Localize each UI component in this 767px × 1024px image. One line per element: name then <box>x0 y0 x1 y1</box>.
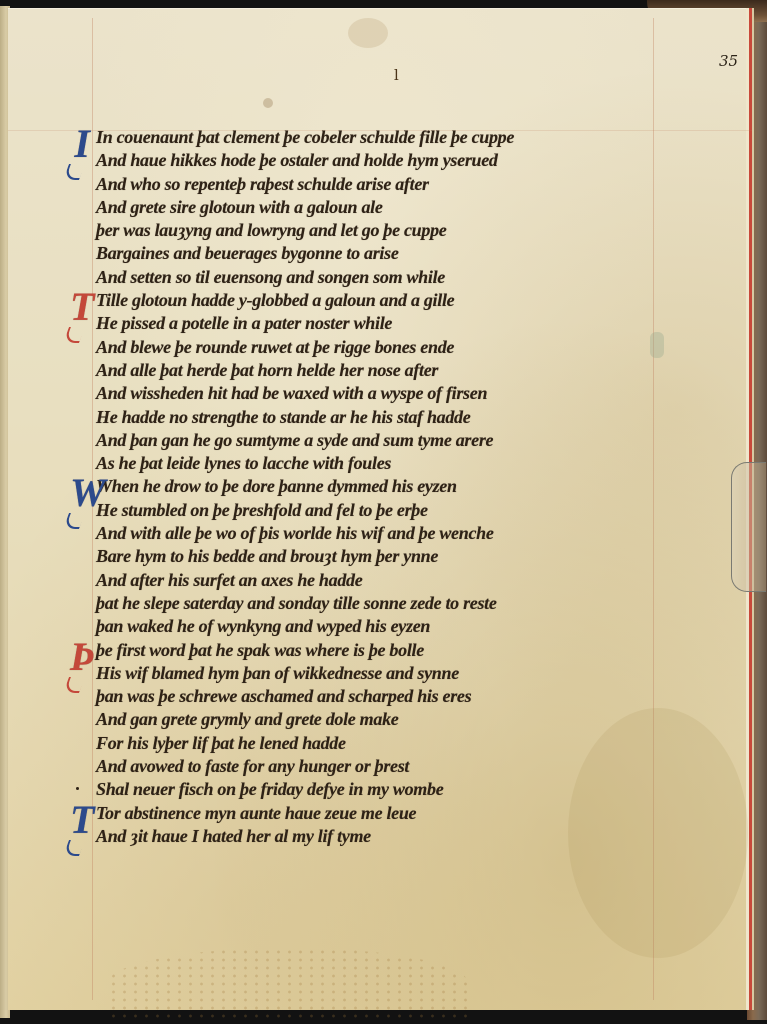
line-text: As he þat leide lynes to lacche with fou… <box>96 453 391 473</box>
line-text: Bare hym to his bedde and brouȝt hym þer… <box>96 546 438 566</box>
manuscript-viewer: l 35 I In couenaunt þat clement þe cobel… <box>0 0 767 1024</box>
text-line: And alle þat herde þat horn helde her no… <box>96 359 686 382</box>
parchment-follicles <box>108 948 468 1018</box>
text-line: þer was lauȝyng and lowryng and let go þ… <box>96 219 686 242</box>
red-initial-icon: T <box>70 287 94 339</box>
text-line: And grete sire glotoun with a galoun ale <box>96 196 686 219</box>
line-text: And avowed to faste for any hunger or þr… <box>96 756 409 776</box>
blue-initial-icon: T <box>70 800 94 852</box>
blue-initial-icon: W <box>70 473 94 525</box>
line-text: And grete sire glotoun with a galoun ale <box>96 197 383 217</box>
text-block: I In couenaunt þat clement þe cobeler sc… <box>96 126 686 848</box>
line-text: And haue hikkes hode þe ostaler and hold… <box>96 150 498 170</box>
text-line: I In couenaunt þat clement þe cobeler sc… <box>96 126 686 149</box>
text-line: Þ þe first word þat he spak was where is… <box>96 639 686 662</box>
line-text: Shal neuer fisch on þe friday defye in m… <box>96 779 443 799</box>
folio-number: 35 <box>719 52 738 70</box>
text-line: And þan gan he go sumtyme a syde and sum… <box>96 429 686 452</box>
stain <box>348 18 388 48</box>
text-line: And after his surfet an axes he hadde <box>96 569 686 592</box>
stain <box>263 98 273 108</box>
line-text: And gan grete grymly and grete dole make <box>96 709 398 729</box>
text-line: He hadde no strengthe to stande ar he hi… <box>96 406 686 429</box>
text-line: And gan grete grymly and grete dole make <box>96 708 686 731</box>
text-line: And setten so til euensong and songen so… <box>96 266 686 289</box>
line-text: Bargaines and beuerages bygonne to arise <box>96 243 399 263</box>
blue-initial-icon: I <box>70 124 94 176</box>
red-initial-icon: Þ <box>70 637 94 689</box>
text-line: Shal neuer fisch on þe friday defye in m… <box>96 778 686 801</box>
line-text: He pissed a potelle in a pater noster wh… <box>96 313 392 333</box>
text-line: For his lyþer lif þat he lened hadde <box>96 732 686 755</box>
text-line: He pissed a potelle in a pater noster wh… <box>96 312 686 335</box>
text-line: His wif blamed hym þan of wikkednesse an… <box>96 662 686 685</box>
text-line: And avowed to faste for any hunger or þr… <box>96 755 686 778</box>
line-text: And blewe þe rounde ruwet at þe rigge bo… <box>96 337 454 357</box>
text-line: And with alle þe wo of þis worlde his wi… <box>96 522 686 545</box>
text-line: He stumbled on þe þreshfold and fel to þ… <box>96 499 686 522</box>
text-line: þan was þe schrewe aschamed and scharped… <box>96 685 686 708</box>
text-line: As he þat leide lynes to lacche with fou… <box>96 452 686 475</box>
line-text: þan was þe schrewe aschamed and scharped… <box>96 686 471 706</box>
line-text: þat he slepe saterday and sonday tille s… <box>96 593 497 613</box>
page-tab-marker <box>731 462 766 592</box>
text-line: Bare hym to his bedde and brouȝt hym þer… <box>96 545 686 568</box>
line-text: And after his surfet an axes he hadde <box>96 570 362 590</box>
line-text: When he drow to þe dore þanne dymmed his… <box>96 476 457 496</box>
manuscript-page: l 35 I In couenaunt þat clement þe cobel… <box>8 8 754 1010</box>
text-line: And blewe þe rounde ruwet at þe rigge bo… <box>96 336 686 359</box>
line-text: þan waked he of wynkyng and wyped his ey… <box>96 616 430 636</box>
line-text: And þan gan he go sumtyme a syde and sum… <box>96 430 493 450</box>
text-line: T Tille glotoun hadde y-globbed a galoun… <box>96 289 686 312</box>
line-text: And ȝit haue I hated her al my lif tyme <box>96 826 371 846</box>
text-line: And who so repenteþ raþest schulde arise… <box>96 173 686 196</box>
line-text: For his lyþer lif þat he lened hadde <box>96 733 346 753</box>
line-text: þer was lauȝyng and lowryng and let go þ… <box>96 220 446 240</box>
text-line: þan waked he of wynkyng and wyped his ey… <box>96 615 686 638</box>
text-line: W When he drow to þe dore þanne dymmed h… <box>96 475 686 498</box>
text-line: And haue hikkes hode þe ostaler and hold… <box>96 149 686 172</box>
text-line: T Tor abstinence myn aunte haue zeue me … <box>96 802 686 825</box>
line-text: And with alle þe wo of þis worlde his wi… <box>96 523 494 543</box>
text-line: And ȝit haue I hated her al my lif tyme <box>96 825 686 848</box>
marginal-dot <box>76 787 79 790</box>
line-text: And who so repenteþ raþest schulde arise… <box>96 174 429 194</box>
line-text: He hadde no strengthe to stande ar he hi… <box>96 407 470 427</box>
line-text: In couenaunt þat clement þe cobeler schu… <box>96 127 514 147</box>
line-text: Tille glotoun hadde y-globbed a galoun a… <box>96 290 454 310</box>
line-text: And setten so til euensong and songen so… <box>96 267 445 287</box>
line-text: And alle þat herde þat horn helde her no… <box>96 360 438 380</box>
line-text: And wissheden hit had be waxed with a wy… <box>96 383 487 403</box>
text-line: Bargaines and beuerages bygonne to arise <box>96 242 686 265</box>
line-text: þe first word þat he spak was where is þ… <box>96 640 424 660</box>
line-text: Tor abstinence myn aunte haue zeue me le… <box>96 803 416 823</box>
text-line: þat he slepe saterday and sonday tille s… <box>96 592 686 615</box>
line-text: His wif blamed hym þan of wikkednesse an… <box>96 663 459 683</box>
text-line: And wissheden hit had be waxed with a wy… <box>96 382 686 405</box>
line-text: He stumbled on þe þreshfold and fel to þ… <box>96 500 428 520</box>
quire-mark: l <box>394 66 399 84</box>
